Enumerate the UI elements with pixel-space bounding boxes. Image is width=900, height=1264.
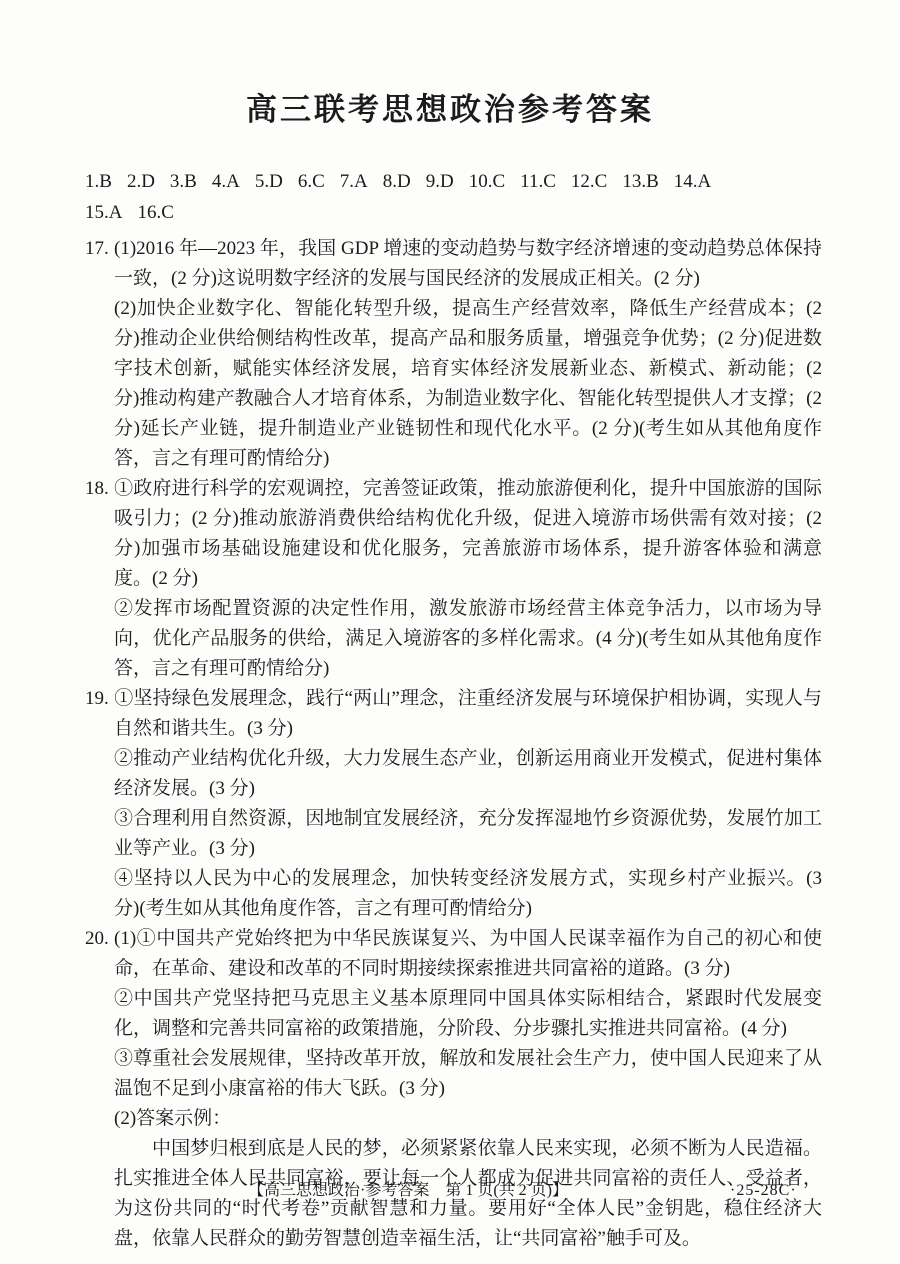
objective-answers: 1.B2.D3.B4.A5.D6.C7.A8.D9.D10.C11.C12.C1… <box>85 166 822 228</box>
answer-paragraph: ②推动产业结构优化升级，大力发展生态产业，创新运用商业开发模式，促进村集体经济发… <box>114 744 822 804</box>
answer-item: 6.C <box>298 166 325 197</box>
answer-item: 4.A <box>212 166 240 197</box>
answer-item: 10.C <box>469 166 505 197</box>
answer-paragraph: ③尊重社会发展规律，坚持改革开放，解放和发展社会生产力，使中国人民迎来了从温饱不… <box>114 1044 822 1104</box>
answer-item: 12.C <box>571 166 607 197</box>
page-title: 高三联考思想政治参考答案 <box>0 0 900 130</box>
answer-sheet-page: 高三联考思想政治参考答案 1.B2.D3.B4.A5.D6.C7.A8.D9.D… <box>0 0 900 1264</box>
question-number: 20. <box>85 924 114 954</box>
answer-paragraph: 17.(1)2016 年—2023 年，我国 GDP 增速的变动趋势与数字经济增… <box>114 234 822 294</box>
answer-item: 11.C <box>520 166 556 197</box>
answer-item: 1.B <box>85 166 112 197</box>
answer-paragraph: ④坚持以人民为中心的发展理念，加快转变经济发展方式，实现乡村产业振兴。(3 分)… <box>114 864 822 924</box>
answer-paragraph: ②发挥市场配置资源的决定性作用，激发旅游市场经营主体竞争活力，以市场为导向，优化… <box>114 594 822 684</box>
answer-item: 3.B <box>170 166 197 197</box>
question-20: 20.(1)①中国共产党始终把为中华民族谋复兴、为中国人民谋幸福作为自己的初心和… <box>85 924 822 1254</box>
answer-item: 16.C <box>137 197 173 228</box>
answer-item: 15.A <box>85 197 122 228</box>
questions: 17.(1)2016 年—2023 年，我国 GDP 增速的变动趋势与数字经济增… <box>85 234 822 1254</box>
footer-paper-code: ·25-28C· <box>730 1180 797 1202</box>
answer-paragraph: (2)加快企业数字化、智能化转型升级，提高生产经营效率，降低生产经营成本；(2 … <box>114 294 822 474</box>
answer-paragraph: 19.①坚持绿色发展理念，践行“两山”理念，注重经济发展与环境保护相协调，实现人… <box>114 684 822 744</box>
answer-item: 8.D <box>383 166 411 197</box>
footer-page-info: 【高三思想政治·参考答案 第 1 页(共 2 页)】 <box>248 1180 568 1202</box>
answer-paragraph: (2)答案示例： <box>114 1104 822 1134</box>
answer-item: 5.D <box>255 166 283 197</box>
answer-paragraph: 20.(1)①中国共产党始终把为中华民族谋复兴、为中国人民谋幸福作为自己的初心和… <box>114 924 822 984</box>
answer-paragraph: 18.①政府进行科学的宏观调控，完善签证政策，推动旅游便利化，提升中国旅游的国际… <box>114 474 822 594</box>
question-19: 19.①坚持绿色发展理念，践行“两山”理念，注重经济发展与环境保护相协调，实现人… <box>85 684 822 924</box>
answer-item: 14.A <box>674 166 711 197</box>
answer-paragraph: ③合理利用自然资源，因地制宜发展经济，充分发挥湿地竹乡资源优势，发展竹加工业等产… <box>114 804 822 864</box>
answer-item: 13.B <box>622 166 658 197</box>
question-number: 17. <box>85 234 114 264</box>
answer-item: 9.D <box>426 166 454 197</box>
question-18: 18.①政府进行科学的宏观调控，完善签证政策，推动旅游便利化，提升中国旅游的国际… <box>85 474 822 684</box>
answer-row: 1.B2.D3.B4.A5.D6.C7.A8.D9.D10.C11.C12.C1… <box>85 166 822 197</box>
answer-row: 15.A16.C <box>85 197 822 228</box>
question-17: 17.(1)2016 年—2023 年，我国 GDP 增速的变动趋势与数字经济增… <box>85 234 822 474</box>
answer-paragraph: ②中国共产党坚持把马克思主义基本原理同中国具体实际相结合，紧跟时代发展变化，调整… <box>114 984 822 1044</box>
answer-item: 2.D <box>127 166 155 197</box>
question-number: 18. <box>85 474 114 504</box>
answer-item: 7.A <box>340 166 368 197</box>
page-content: 1.B2.D3.B4.A5.D6.C7.A8.D9.D10.C11.C12.C1… <box>85 166 822 1254</box>
question-number: 19. <box>85 684 114 714</box>
